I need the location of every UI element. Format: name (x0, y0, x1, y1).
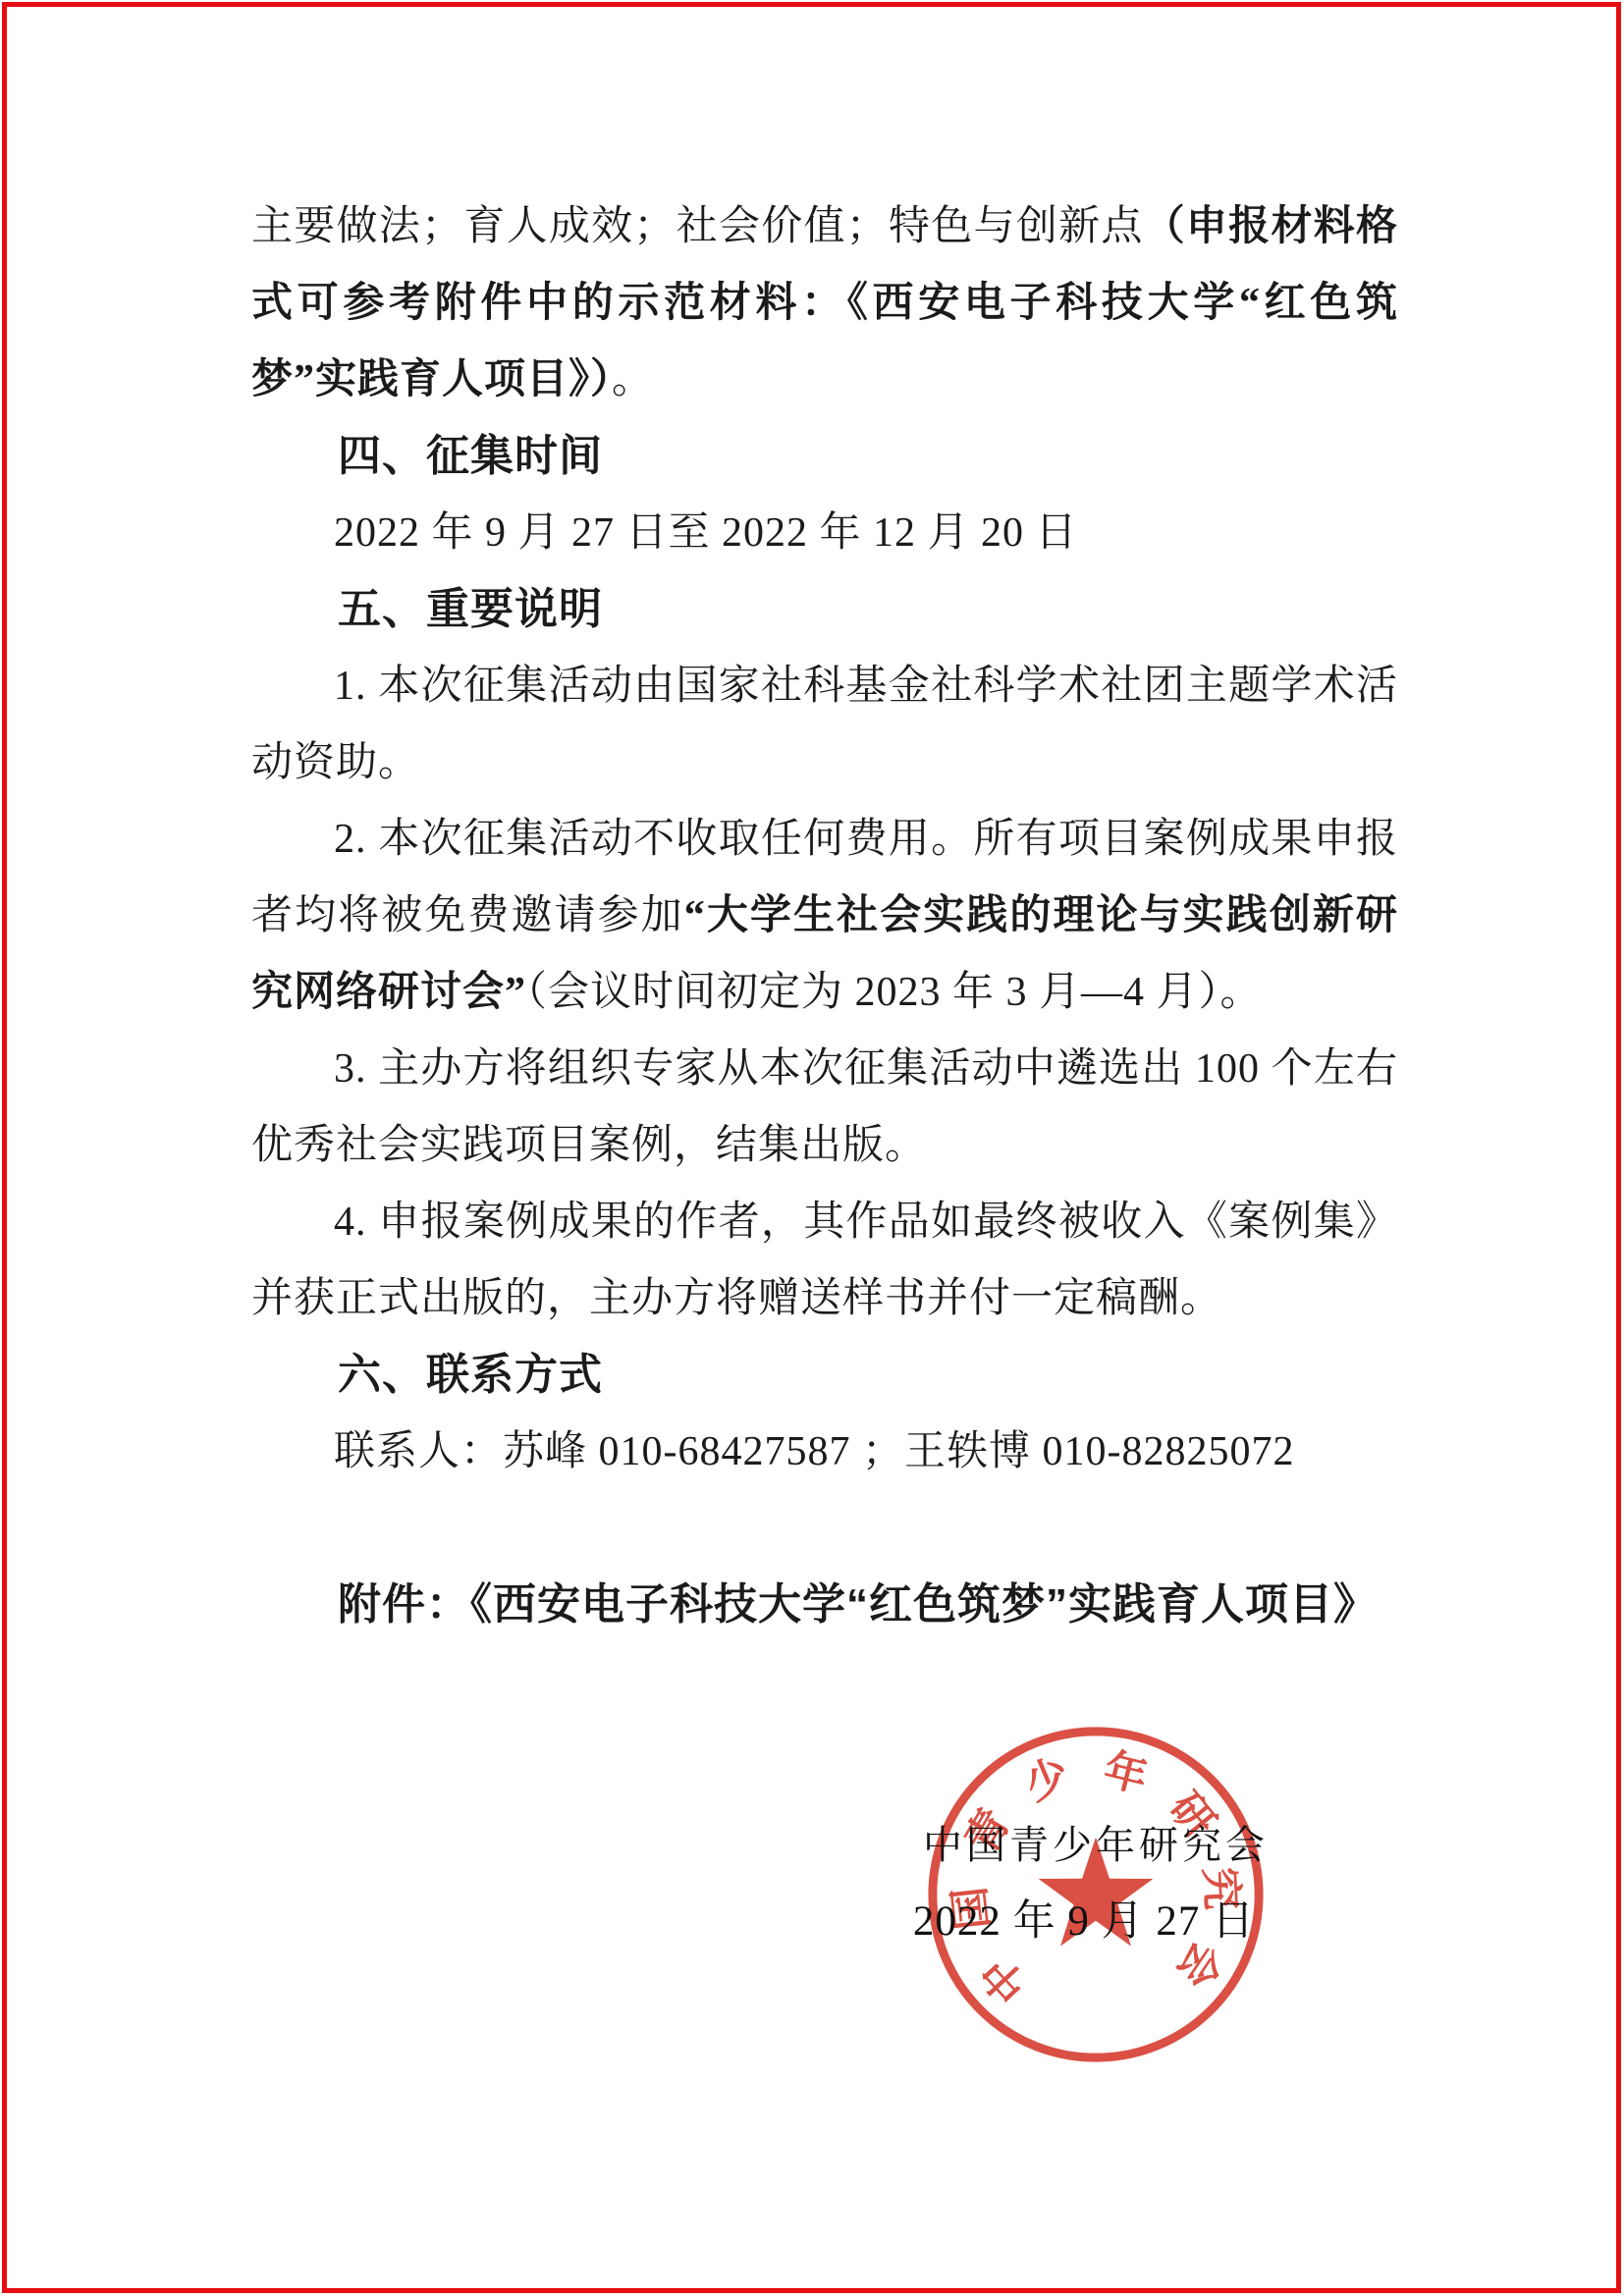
section-heading-important-notes: 五、重要说明 (251, 571, 1398, 648)
seal-graphic: 中国青少年研究会 (921, 1720, 1271, 2069)
seal-char: 中 (973, 1948, 1037, 2011)
seal-char: 年 (1099, 1744, 1152, 1801)
section-heading-contact: 六、联系方式 (251, 1337, 1398, 1414)
attachment-line: 附件：《西安电子科技大学“红色筑梦”实践育人项目》 (251, 1567, 1398, 1643)
paragraph-continued: 主要做法；育人成效；社会价值；特色与创新点（申报材料格式可参考附件中的示范材料：… (251, 188, 1398, 418)
issue-date: 2022 年 9 月 27 日 (909, 1898, 1259, 1946)
paragraph-note-3: 3. 主办方将组织专家从本次征集活动中遴选出 100 个左右优秀社会实践项目案例… (251, 1031, 1398, 1184)
issuer-name: 中国青少年研究会 (921, 1824, 1271, 1867)
paragraph-note-4: 4. 申报案例成果的作者，其作品如最终被收入《案例集》并获正式出版的，主办方将赠… (251, 1184, 1398, 1337)
document-body: 主要做法；育人成效；社会价值；特色与创新点（申报材料格式可参考附件中的示范材料：… (251, 188, 1398, 1643)
seal-char: 少 (1018, 1749, 1076, 1809)
paragraph-collection-dates: 2022 年 9 月 27 日至 2022 年 12 月 20 日 (251, 495, 1398, 571)
paragraph-note-1: 1. 本次征集活动由国家社科基金社科学术社团主题学术活动资助。 (251, 648, 1398, 801)
section-heading-collection-time: 四、征集时间 (251, 418, 1398, 495)
official-seal: 中国青少年研究会 (921, 1720, 1271, 2069)
document-page: { "page": { "border_color": "#e60d12", "… (0, 0, 1624, 2296)
paragraph-note-2: 2. 本次征集活动不收取任何费用。所有项目案例成果申报者均将被免费邀请参加“大学… (251, 801, 1398, 1031)
paragraph-contact-info: 联系人：苏峰 010-68427587 ；王轶博 010-82825072 (251, 1414, 1398, 1490)
